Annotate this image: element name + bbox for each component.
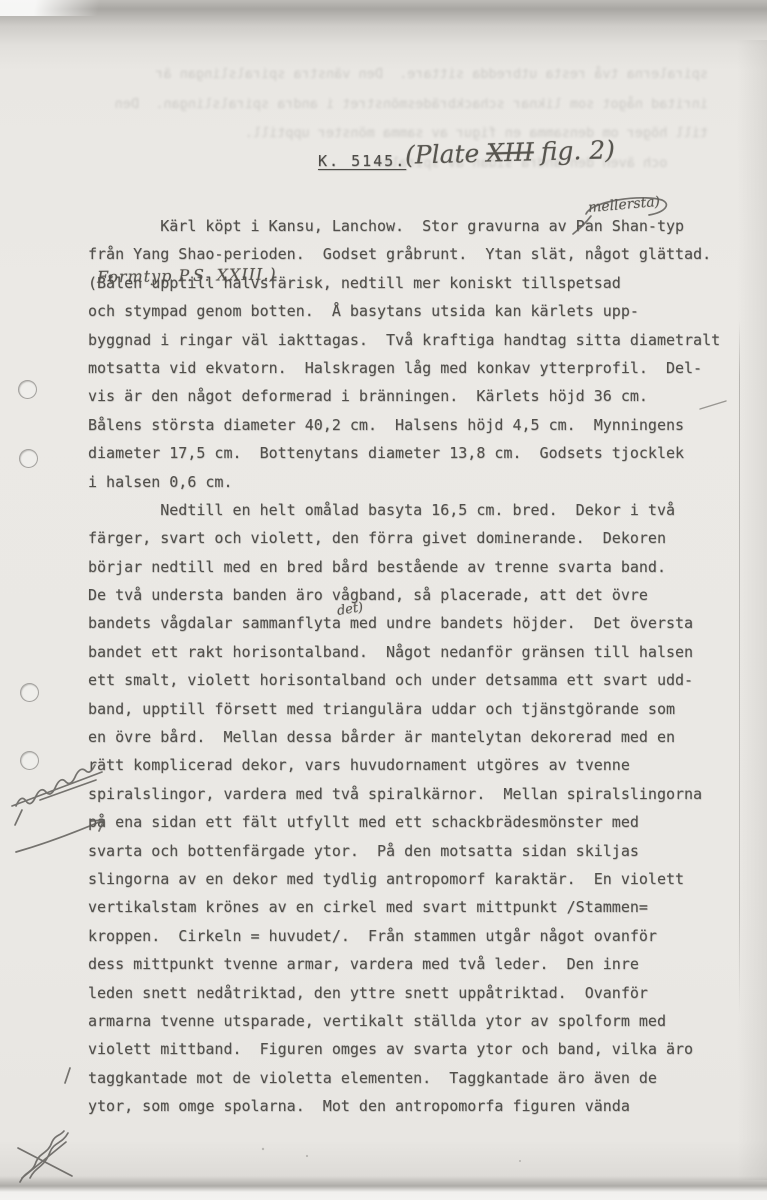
scan-edge-highlight	[0, 0, 140, 16]
catalog-number: K. 5145.	[318, 152, 406, 170]
bleed-through-line: spiralerna två resta utbredda sittare. D…	[78, 60, 708, 90]
typed-line: Kärl köpt i Kansu, Lanchow. Stor gravurn…	[88, 212, 720, 240]
typed-line: en övre bård. Mellan dessa bårder är man…	[88, 723, 720, 751]
bleed-through-line: inritad något som liknar schackbrädesmön…	[78, 90, 708, 120]
bottom-scribble	[20, 1131, 64, 1182]
typed-line: band, upptill försett med triangulära ud…	[88, 695, 720, 723]
plate-prefix: (Plate	[405, 139, 480, 170]
typed-line: bandets vågdalar sammanflyta med undre b…	[88, 609, 720, 637]
typed-line: vis är den något deformerad i bränningen…	[88, 382, 720, 410]
bottom-scribble-strike	[18, 1142, 72, 1178]
typed-body-text: Kärl köpt i Kansu, Lanchow. Stor gravurn…	[88, 212, 720, 1121]
plate-suffix: fig. 2)	[540, 135, 615, 166]
typed-line: rätt komplicerad dekor, vars huvudorname…	[88, 751, 720, 779]
typed-line: De två understa banden äro vågband, så p…	[88, 581, 720, 609]
typed-line: diameter 17,5 cm. Bottenytans diameter 1…	[88, 439, 720, 467]
typed-line: motsatta vid ekvatorn. Halskragen låg me…	[88, 354, 720, 382]
plate-numeral: XIII	[486, 137, 534, 167]
typed-line: svarta och bottenfärgade ytor. På den mo…	[88, 837, 720, 865]
typed-line: taggkantade mot de violetta elementen. T…	[88, 1064, 720, 1092]
margin-tick	[65, 1068, 70, 1083]
typed-line: armarna tvenne utsparade, vertikalt stäl…	[88, 1007, 720, 1035]
typed-line: dess mittpunkt tvenne armar, vardera med…	[88, 950, 720, 978]
typed-line: vertikalstam krönes av en cirkel med sva…	[88, 893, 720, 921]
typed-line: spiralslingor, vardera med två spiralkär…	[88, 780, 720, 808]
typed-line: börjar nedtill med en bred bård beståend…	[88, 553, 720, 581]
punch-hole	[18, 380, 37, 399]
paper-speck	[262, 1148, 264, 1150]
typed-line: kroppen. Cirkeln = huvudet/. Från stamme…	[88, 922, 720, 950]
typed-line: violett mittband. Figuren omges av svart…	[88, 1035, 720, 1063]
typed-line: i halsen 0,6 cm.	[88, 468, 720, 496]
typed-line: Nedtill en helt omålad basyta 16,5 cm. b…	[88, 496, 720, 524]
typed-line: färger, svart och violett, den förra giv…	[88, 524, 720, 552]
struck-out-margin-word-descender	[15, 810, 22, 825]
typed-line: bandet ett rakt horisontalband. Något ne…	[88, 638, 720, 666]
struck-out-margin-word	[16, 765, 95, 806]
paper-speck	[306, 1155, 308, 1157]
punch-hole	[20, 683, 39, 702]
scanned-typewritten-page: spiralerna två resta utbredda sittare. D…	[0, 0, 767, 1200]
paper-crease-line	[739, 320, 740, 1015]
bottom-scribble2	[30, 1133, 68, 1178]
paper-speck	[519, 1160, 521, 1162]
typed-line: leden snett nedåtriktad, den yttre snett…	[88, 979, 720, 1007]
typed-line: ytor, som omge spolarna. Mot den antropo…	[88, 1092, 720, 1120]
typed-line: ett smalt, violett horisontalband och un…	[88, 666, 720, 694]
typed-line: och stympad genom botten. Å basytans uts…	[88, 297, 720, 325]
plate-reference-annotation: (PlateXIIIfig. 2)	[405, 135, 616, 169]
typed-line: (Bålen upptill halvsfärisk, nedtill mer …	[88, 269, 720, 297]
typed-line: slingorna av en dekor med tydlig antropo…	[88, 865, 720, 893]
punch-hole	[19, 449, 38, 468]
punch-hole	[20, 751, 39, 770]
typed-line: Bålens största diameter 40,2 cm. Halsens…	[88, 411, 720, 439]
typed-line: byggnad i ringar väl iakttagas. Två kraf…	[88, 326, 720, 354]
typed-line: på ena sidan ett fält utfyllt med ett sc…	[88, 808, 720, 836]
page-edge-shadow	[737, 40, 767, 1180]
typed-line: från Yang Shao-perioden. Godset gråbrunt…	[88, 240, 720, 268]
